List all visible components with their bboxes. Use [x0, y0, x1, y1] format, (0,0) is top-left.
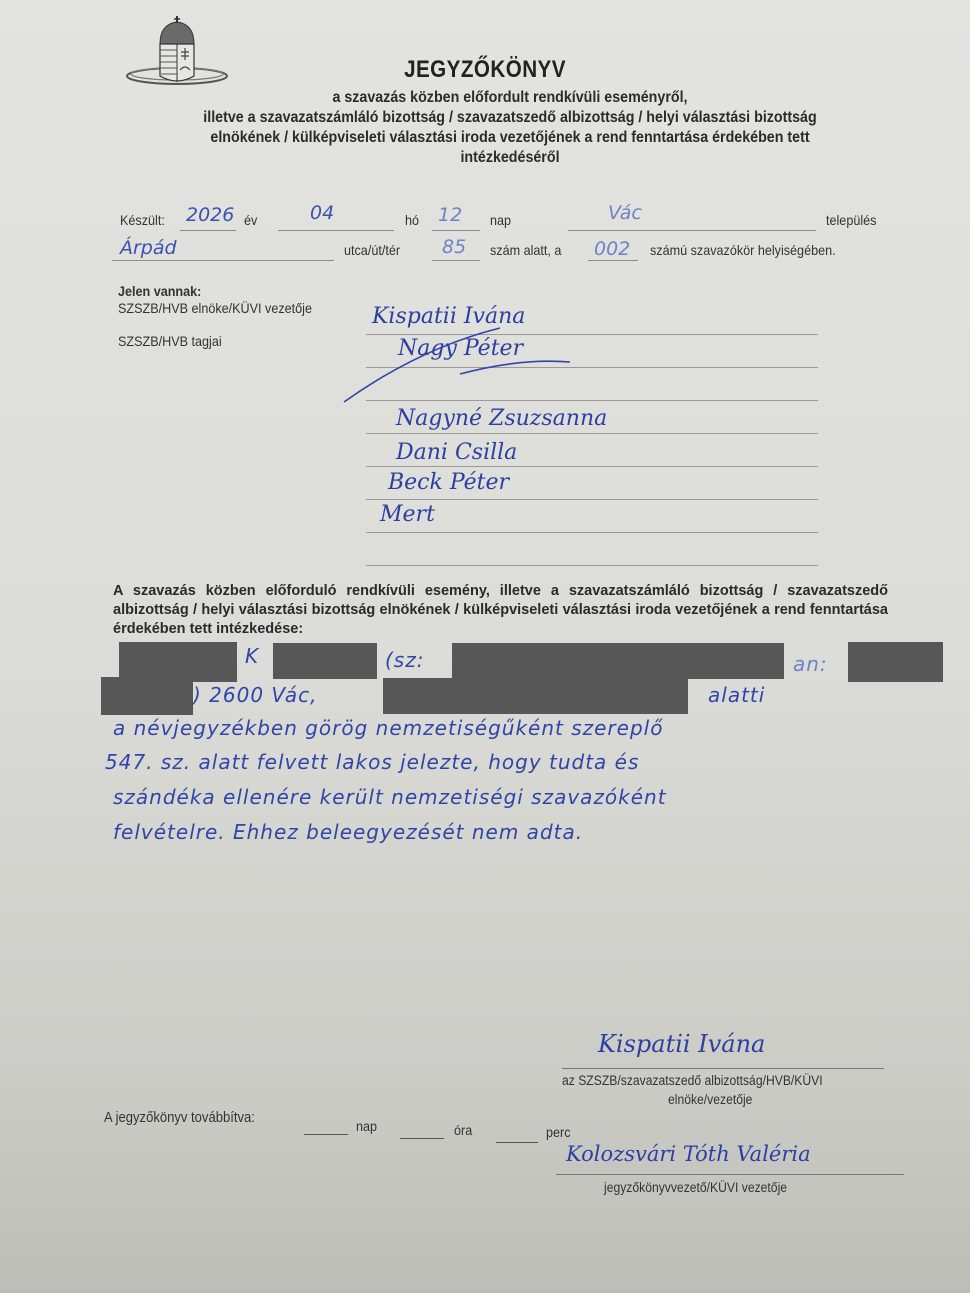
redaction-block [273, 643, 377, 679]
label-ho: hó [405, 212, 419, 228]
street-field[interactable]: Árpád [120, 237, 177, 259]
label-ev: év [244, 212, 257, 228]
subtitle-line: illetve a szavazatszámláló bizottság / s… [170, 108, 851, 128]
handwritten-text: (sz: [385, 648, 424, 672]
label-nap: nap [356, 1118, 377, 1134]
member-signature: Beck Péter [388, 470, 509, 495]
redaction-block [848, 642, 943, 682]
member-signature: Nagyné Zsuzsanna [396, 406, 607, 431]
town-field[interactable]: Vác [608, 202, 642, 224]
label-szam-alatt: szám alatt, a [490, 242, 561, 258]
member-signature: Dani Csilla [396, 440, 517, 465]
handwritten-text: an: [793, 652, 828, 676]
handwritten-text: ) 2600 Vác, [193, 683, 317, 707]
member-signature: Mert [380, 502, 435, 527]
forwarded-hour-field[interactable] [400, 1120, 444, 1139]
month-field[interactable]: 04 [310, 202, 334, 224]
document-subtitle: a szavazás közben előfordult rendkívüli … [170, 88, 851, 168]
handwritten-text: alatti [708, 683, 765, 707]
redaction-block [383, 678, 688, 714]
chair-caption: az SZSZB/szavazatszedő albizottság/HVB/K… [562, 1073, 823, 1088]
subtitle-line: a szavazás közben előfordult rendkívüli … [170, 88, 851, 108]
chair-label: SZSZB/HVB elnöke/KÜVI vezetője [118, 300, 312, 316]
document-page: JEGYZŐKÖNYV a szavazás közben előfordult… [0, 0, 970, 1293]
label-keszult: Készült: [120, 212, 165, 228]
precinct-field[interactable]: 002 [594, 238, 630, 260]
label-telepules: település [826, 212, 876, 228]
document-title: JEGYZŐKÖNYV [68, 56, 902, 84]
handwritten-text: 547. sz. alatt felvett lakos jelezte, ho… [105, 750, 639, 774]
chair-final-signature: Kispatii Ivána [598, 1030, 765, 1058]
house-number-field[interactable]: 85 [442, 236, 466, 258]
label-nap: nap [490, 212, 511, 228]
recorder-caption: jegyzőkönyvvezető/KÜVI vezetője [604, 1180, 787, 1195]
label-utca: utca/út/tér [344, 242, 400, 258]
redaction-block [101, 677, 193, 715]
signature-stroke [340, 318, 640, 408]
members-label: SZSZB/HVB tagjai [118, 333, 222, 349]
redaction-block [119, 642, 237, 682]
subtitle-line: elnökének / külképviseleti választási ir… [170, 128, 851, 148]
label-szavazokor: számú szavazókör helyiségében. [650, 242, 836, 258]
day-field[interactable]: 12 [438, 204, 462, 226]
year-field[interactable]: 2026 [186, 204, 234, 226]
handwritten-text: K [245, 644, 259, 668]
forwarded-day-field[interactable] [304, 1116, 348, 1135]
forwarded-label: A jegyzőkönyv továbbítva: [104, 1110, 255, 1126]
label-ora: óra [454, 1122, 472, 1138]
subtitle-line: intézkedéséről [170, 148, 851, 168]
event-heading: A szavazás közben előforduló rendkívüli … [113, 582, 888, 639]
recorder-signature: Kolozsvári Tóth Valéria [566, 1142, 811, 1166]
redaction-block [452, 643, 784, 679]
chair-caption-role: elnöke/vezetője [668, 1092, 752, 1107]
handwritten-text: felvételre. Ehhez beleegyezését nem adta… [113, 820, 583, 844]
handwritten-text: a névjegyzékben görög nemzetiségűként sz… [113, 716, 663, 740]
forwarded-minute-field[interactable] [496, 1124, 538, 1143]
present-heading: Jelen vannak: [118, 283, 201, 299]
handwritten-text: szándéka ellenére került nemzetiségi sza… [113, 785, 667, 809]
label-perc: perc [546, 1124, 571, 1140]
